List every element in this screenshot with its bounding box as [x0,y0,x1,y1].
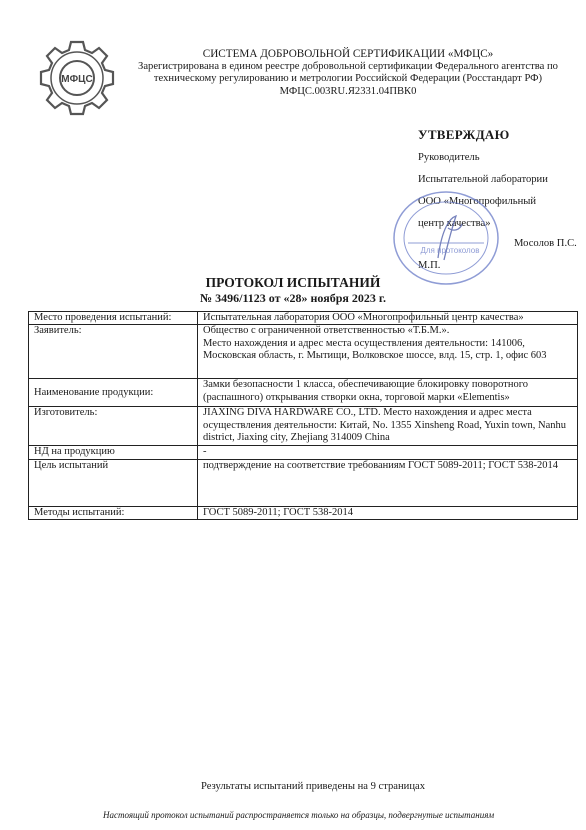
table-row: Место проведения испытаний: Испытательна… [29,312,578,325]
results-pages-note: Результаты испытаний приведены на 9 стра… [0,781,586,792]
svg-text:МФЦС: МФЦС [61,74,92,85]
row-label: Место проведения испытаний: [29,312,198,325]
row-value: ГОСТ 5089-2011; ГОСТ 538-2014 [198,506,578,519]
table-row: Заявитель: Общество с ограниченной ответ… [29,325,578,379]
row-value: подтверждение на соответствие требования… [198,459,578,506]
scope-disclaimer: Настоящий протокол испытаний распростран… [103,810,494,820]
protocol-details-table: Место проведения испытаний: Испытательна… [28,311,578,520]
row-label: Цель испытаний [29,459,198,506]
row-value: - [198,446,578,459]
round-stamp-icon: Для протоколов [390,188,502,288]
mfcs-logo: МФЦС [37,38,117,118]
registration-number: МФЦС.003RU.Я2331.04ПВК0 [118,86,578,99]
approval-position: Руководитель [418,147,577,169]
svg-text:Для протоколов: Для протоколов [420,246,479,255]
applicant-name: Общество с ограниченной ответственностью… [203,325,572,337]
table-row: Наименование продукции: Замки безопаснос… [29,379,578,407]
row-value: Общество с ограниченной ответственностью… [198,325,578,379]
protocol-number: № 3496/1123 от «28» ноября 2023 г. [0,291,586,306]
row-label: Заявитель: [29,325,198,379]
row-value: Замки безопасности 1 класса, обеспечиваю… [198,379,578,407]
row-value: JIAXING DIVA HARDWARE CO., LTD. Место на… [198,407,578,446]
certification-header: СИСТЕМА ДОБРОВОЛЬНОЙ СЕРТИФИКАЦИИ «МФЦС»… [118,48,578,98]
approval-title: УТВЕРЖДАЮ [418,124,577,146]
registry-line: Зарегистрирована в едином реестре добров… [118,61,578,74]
applicant-address: Место нахождения и адрес места осуществл… [203,338,572,363]
row-value: Испытательная лаборатория ООО «Многопроф… [198,312,578,325]
table-row: Методы испытаний: ГОСТ 5089-2011; ГОСТ 5… [29,506,578,519]
row-label: Изготовитель: [29,407,198,446]
table-row: НД на продукцию - [29,446,578,459]
table-row: Цель испытаний подтверждение на соответс… [29,459,578,506]
agency-line: техническому регулированию и метрологии … [118,73,578,86]
protocol-title: ПРОТОКОЛ ИСПЫТАНИЙ [0,276,586,290]
row-label: НД на продукцию [29,446,198,459]
system-name: СИСТЕМА ДОБРОВОЛЬНОЙ СЕРТИФИКАЦИИ «МФЦС» [118,48,578,61]
table-row: Изготовитель: JIAXING DIVA HARDWARE CO.,… [29,407,578,446]
row-label: Методы испытаний: [29,506,198,519]
row-label: Наименование продукции: [29,379,198,407]
